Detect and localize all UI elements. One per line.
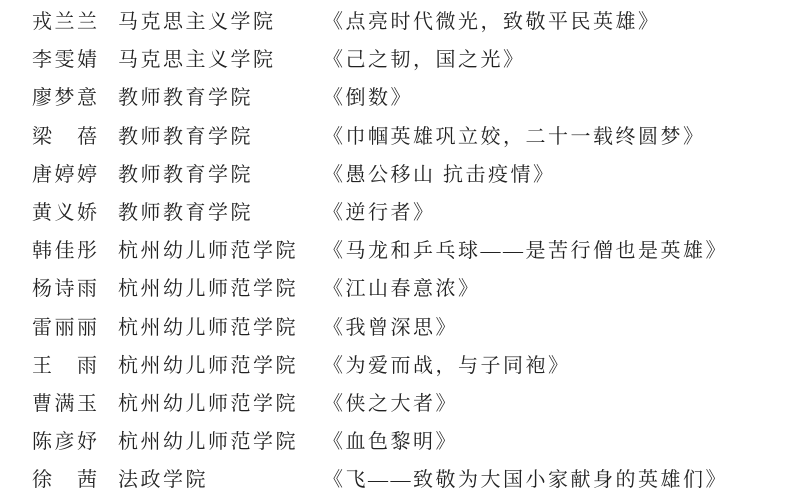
table-row: 梁 蓓 教师教育学院 《巾帼英雄巩立姣，二十一载终圆梦》 <box>32 118 790 156</box>
college-name: 杭州幼儿师范学院 <box>118 432 323 452</box>
table-row: 雷丽丽 杭州幼儿师范学院 《我曾深思》 <box>32 309 790 347</box>
student-name: 雷丽丽 <box>32 318 118 338</box>
college-name: 杭州幼儿师范学院 <box>118 241 323 261</box>
work-title: 《巾帼英雄巩立姣，二十一载终圆梦》 <box>323 127 790 147</box>
college-name: 教师教育学院 <box>118 203 323 223</box>
table-row: 徐 茜 法政学院 《飞——致敬为大国小家献身的英雄们》 <box>32 461 790 499</box>
college-name: 杭州幼儿师范学院 <box>118 356 323 376</box>
table-row: 曹满玉 杭州幼儿师范学院 《侠之大者》 <box>32 385 790 423</box>
table-row: 韩佳彤 杭州幼儿师范学院 《马龙和乒乓球——是苦行僧也是英雄》 <box>32 232 790 270</box>
table-row: 陈彦妤 杭州幼儿师范学院 《血色黎明》 <box>32 423 790 461</box>
table-row: 黄义娇 教师教育学院 《逆行者》 <box>32 194 790 232</box>
student-name: 梁 蓓 <box>32 127 118 147</box>
work-title: 《点亮时代微光，致敬平民英雄》 <box>323 12 790 32</box>
student-name: 徐 茜 <box>32 470 118 490</box>
student-name: 廖梦意 <box>32 88 118 108</box>
work-title: 《血色黎明》 <box>323 432 790 452</box>
table-row: 李雯婧 马克思主义学院 《己之韧，国之光》 <box>32 41 790 79</box>
student-name: 曹满玉 <box>32 394 118 414</box>
table-row: 杨诗雨 杭州幼儿师范学院 《江山春意浓》 <box>32 270 790 308</box>
work-title: 《己之韧，国之光》 <box>323 50 790 70</box>
table-row: 戎兰兰 马克思主义学院 《点亮时代微光，致敬平民英雄》 <box>32 3 790 41</box>
work-title: 《我曾深思》 <box>323 318 790 338</box>
work-title: 《飞——致敬为大国小家献身的英雄们》 <box>323 470 790 490</box>
work-title: 《倒数》 <box>323 88 790 108</box>
college-name: 杭州幼儿师范学院 <box>118 318 323 338</box>
student-name: 李雯婧 <box>32 50 118 70</box>
college-name: 法政学院 <box>118 470 323 490</box>
student-name: 陈彦妤 <box>32 432 118 452</box>
college-name: 教师教育学院 <box>118 127 323 147</box>
student-name: 唐婷婷 <box>32 165 118 185</box>
college-name: 马克思主义学院 <box>118 12 323 32</box>
student-name: 韩佳彤 <box>32 241 118 261</box>
student-name: 王 雨 <box>32 356 118 376</box>
work-title: 《江山春意浓》 <box>323 279 790 299</box>
college-name: 杭州幼儿师范学院 <box>118 394 323 414</box>
student-work-list: 戎兰兰 马克思主义学院 《点亮时代微光，致敬平民英雄》 李雯婧 马克思主义学院 … <box>32 3 790 499</box>
college-name: 马克思主义学院 <box>118 50 323 70</box>
student-name: 戎兰兰 <box>32 12 118 32</box>
college-name: 杭州幼儿师范学院 <box>118 279 323 299</box>
student-name: 杨诗雨 <box>32 279 118 299</box>
work-title: 《为爱而战，与子同袍》 <box>323 356 790 376</box>
table-row: 王 雨 杭州幼儿师范学院 《为爱而战，与子同袍》 <box>32 347 790 385</box>
document-page: 戎兰兰 马克思主义学院 《点亮时代微光，致敬平民英雄》 李雯婧 马克思主义学院 … <box>0 0 800 500</box>
student-name: 黄义娇 <box>32 203 118 223</box>
table-row: 廖梦意 教师教育学院 《倒数》 <box>32 79 790 117</box>
work-title: 《逆行者》 <box>323 203 790 223</box>
college-name: 教师教育学院 <box>118 88 323 108</box>
table-row: 唐婷婷 教师教育学院 《愚公移山 抗击疫情》 <box>32 156 790 194</box>
work-title: 《马龙和乒乓球——是苦行僧也是英雄》 <box>323 241 790 261</box>
work-title: 《愚公移山 抗击疫情》 <box>323 165 790 185</box>
work-title: 《侠之大者》 <box>323 394 790 414</box>
college-name: 教师教育学院 <box>118 165 323 185</box>
